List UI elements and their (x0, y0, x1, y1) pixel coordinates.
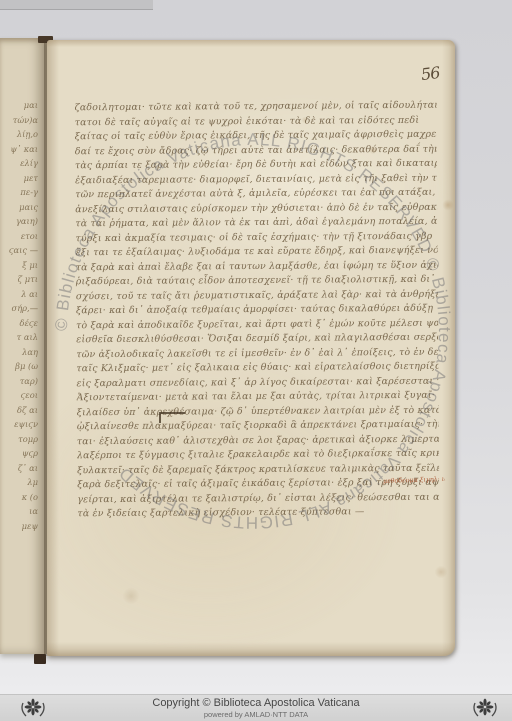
manuscript-line: τὰ ἐν ξιδείαις ξαρτελικὴ εἰσχέδιον· τελέ… (77, 505, 439, 522)
manuscript-line-fragment: σήρ,— (0, 301, 38, 316)
manuscript-line-fragment: ελίγ (0, 156, 38, 171)
manuscript-line-fragment: γαιη) (0, 214, 38, 229)
manuscript-line-fragment: δέϛε (0, 316, 38, 331)
manuscript-page: 56 ζαδοιλητομαι· τῶτε καὶ κατὰ τοῦ τε, χ… (47, 40, 455, 656)
manuscript-line-fragment: ψ᾽ και (0, 142, 38, 157)
binding-clasp (34, 654, 46, 664)
manuscript-line-fragment: πε-γ (0, 185, 38, 200)
ink-paragraph-mark (159, 412, 185, 423)
manuscript-line-fragment: ετοι (0, 229, 38, 244)
manuscript-line-fragment: λαη (0, 345, 38, 360)
manuscript-line-fragment: μαι (0, 98, 38, 113)
manuscript-line-fragment: τών)α (0, 113, 38, 128)
manuscript-line-fragment: ταρ) (0, 374, 38, 389)
manuscript-line-fragment: ζ μτι (0, 272, 38, 287)
manuscript-line-fragment: βμ (ω (0, 359, 38, 374)
manuscript-line-fragment: ια (0, 504, 38, 519)
manuscript-line-fragment: ϛαις — (0, 243, 38, 258)
previous-page-line-endings: μαιτών)αλίῃ,οψ᾽ καιελίγμετπε-γμαιςγαιη)ε… (0, 98, 38, 533)
manuscript-line-fragment: λμ (0, 475, 38, 490)
manuscript-line-fragment: λ αι (0, 287, 38, 302)
manuscript-line-fragment: εψιϛν (0, 417, 38, 432)
manuscript-text-block: ζαδοιλητομαι· τῶτε καὶ κατὰ τοῦ τε, χρησ… (75, 99, 440, 524)
footer-text: Copyright © Biblioteca Apostolica Vatica… (0, 697, 512, 719)
scan-background-strip (0, 0, 153, 10)
folio-number: 56 (420, 63, 441, 84)
manuscript-line-fragment: μαις (0, 200, 38, 215)
previous-page-edge: μαιτών)αλίῃ,οψ᾽ καιελίγμετπε-γμαιςγαιη)ε… (0, 38, 47, 654)
footer-copyright: Copyright © Biblioteca Apostolica Vatica… (0, 697, 512, 710)
manuscript-line-fragment: μετ (0, 171, 38, 186)
manuscript-line-fragment: μεψ (0, 519, 38, 534)
manuscript-line-fragment: λίῃ,ο (0, 127, 38, 142)
manuscript-line-fragment: κ (ο (0, 490, 38, 505)
manuscript-line-fragment: τ αιλ (0, 330, 38, 345)
manuscript-line-fragment: ζ᾽ αι (0, 461, 38, 476)
manuscript-line-fragment: ξ μι (0, 258, 38, 273)
manuscript-line-fragment: δζ αι (0, 403, 38, 418)
manuscript-viewer-canvas: μαιτών)αλίῃ,οψ᾽ καιελίγμετπε-γμαιςγαιη)ε… (0, 0, 512, 721)
manuscript-line-fragment: τομρ (0, 432, 38, 447)
footer-powered-by: powered by AMLAD·NTT DATA (0, 710, 512, 719)
footer-bar: Copyright © Biblioteca Apostolica Vatica… (0, 694, 512, 721)
manuscript-line-fragment: ψϛρ (0, 446, 38, 461)
vatican-library-emblem-icon (470, 696, 500, 720)
manuscript-line-fragment: ϛεοι (0, 388, 38, 403)
